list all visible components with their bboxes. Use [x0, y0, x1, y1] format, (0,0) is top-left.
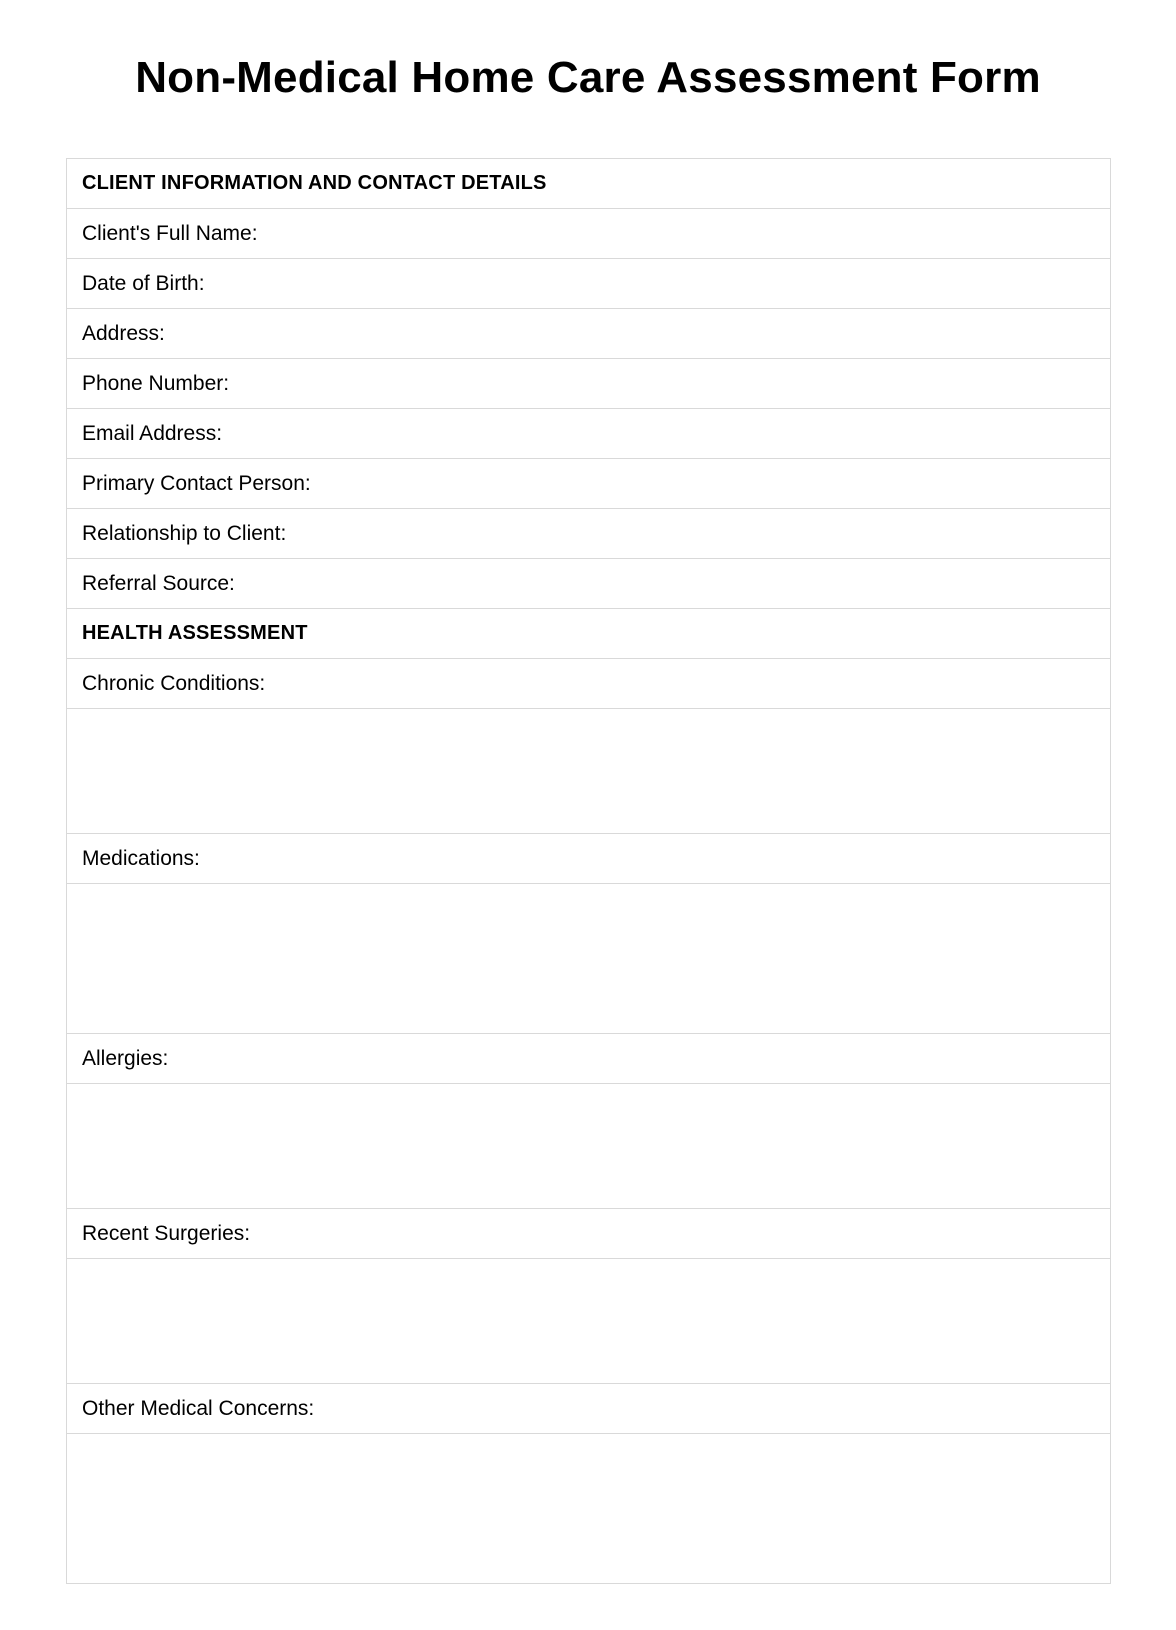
- field-address[interactable]: Address:: [67, 309, 1110, 359]
- section-heading-health-assessment: HEALTH ASSESSMENT: [67, 609, 1110, 659]
- field-label: Email Address:: [82, 422, 222, 446]
- chronic-conditions-answer-area[interactable]: [67, 709, 1110, 834]
- page-title: Non-Medical Home Care Assessment Form: [0, 48, 1176, 108]
- field-clients-full-name[interactable]: Client's Full Name:: [67, 209, 1110, 259]
- field-label: Relationship to Client:: [82, 522, 286, 546]
- field-label: Medications:: [82, 847, 200, 871]
- field-recent-surgeries-label: Recent Surgeries:: [67, 1209, 1110, 1259]
- field-medications-label: Medications:: [67, 834, 1110, 884]
- field-label: Date of Birth:: [82, 272, 205, 296]
- field-label: Client's Full Name:: [82, 222, 258, 246]
- recent-surgeries-answer-area[interactable]: [67, 1259, 1110, 1384]
- field-phone-number[interactable]: Phone Number:: [67, 359, 1110, 409]
- field-label: Address:: [82, 322, 165, 346]
- field-label: Allergies:: [82, 1047, 168, 1071]
- field-other-medical-concerns-label: Other Medical Concerns:: [67, 1384, 1110, 1434]
- field-referral-source[interactable]: Referral Source:: [67, 559, 1110, 609]
- field-relationship-to-client[interactable]: Relationship to Client:: [67, 509, 1110, 559]
- assessment-form-table: CLIENT INFORMATION AND CONTACT DETAILS C…: [66, 158, 1111, 1584]
- field-label: Primary Contact Person:: [82, 472, 311, 496]
- field-label: Phone Number:: [82, 372, 229, 396]
- field-date-of-birth[interactable]: Date of Birth:: [67, 259, 1110, 309]
- medications-answer-area[interactable]: [67, 884, 1110, 1034]
- other-medical-concerns-answer-area[interactable]: [67, 1434, 1110, 1583]
- field-email-address[interactable]: Email Address:: [67, 409, 1110, 459]
- section-heading-client-information: CLIENT INFORMATION AND CONTACT DETAILS: [67, 159, 1110, 209]
- field-chronic-conditions-label: Chronic Conditions:: [67, 659, 1110, 709]
- field-label: Referral Source:: [82, 572, 235, 596]
- field-label: Other Medical Concerns:: [82, 1397, 314, 1421]
- allergies-answer-area[interactable]: [67, 1084, 1110, 1209]
- field-label: Recent Surgeries:: [82, 1222, 250, 1246]
- field-label: Chronic Conditions:: [82, 672, 265, 696]
- field-primary-contact-person[interactable]: Primary Contact Person:: [67, 459, 1110, 509]
- field-allergies-label: Allergies:: [67, 1034, 1110, 1084]
